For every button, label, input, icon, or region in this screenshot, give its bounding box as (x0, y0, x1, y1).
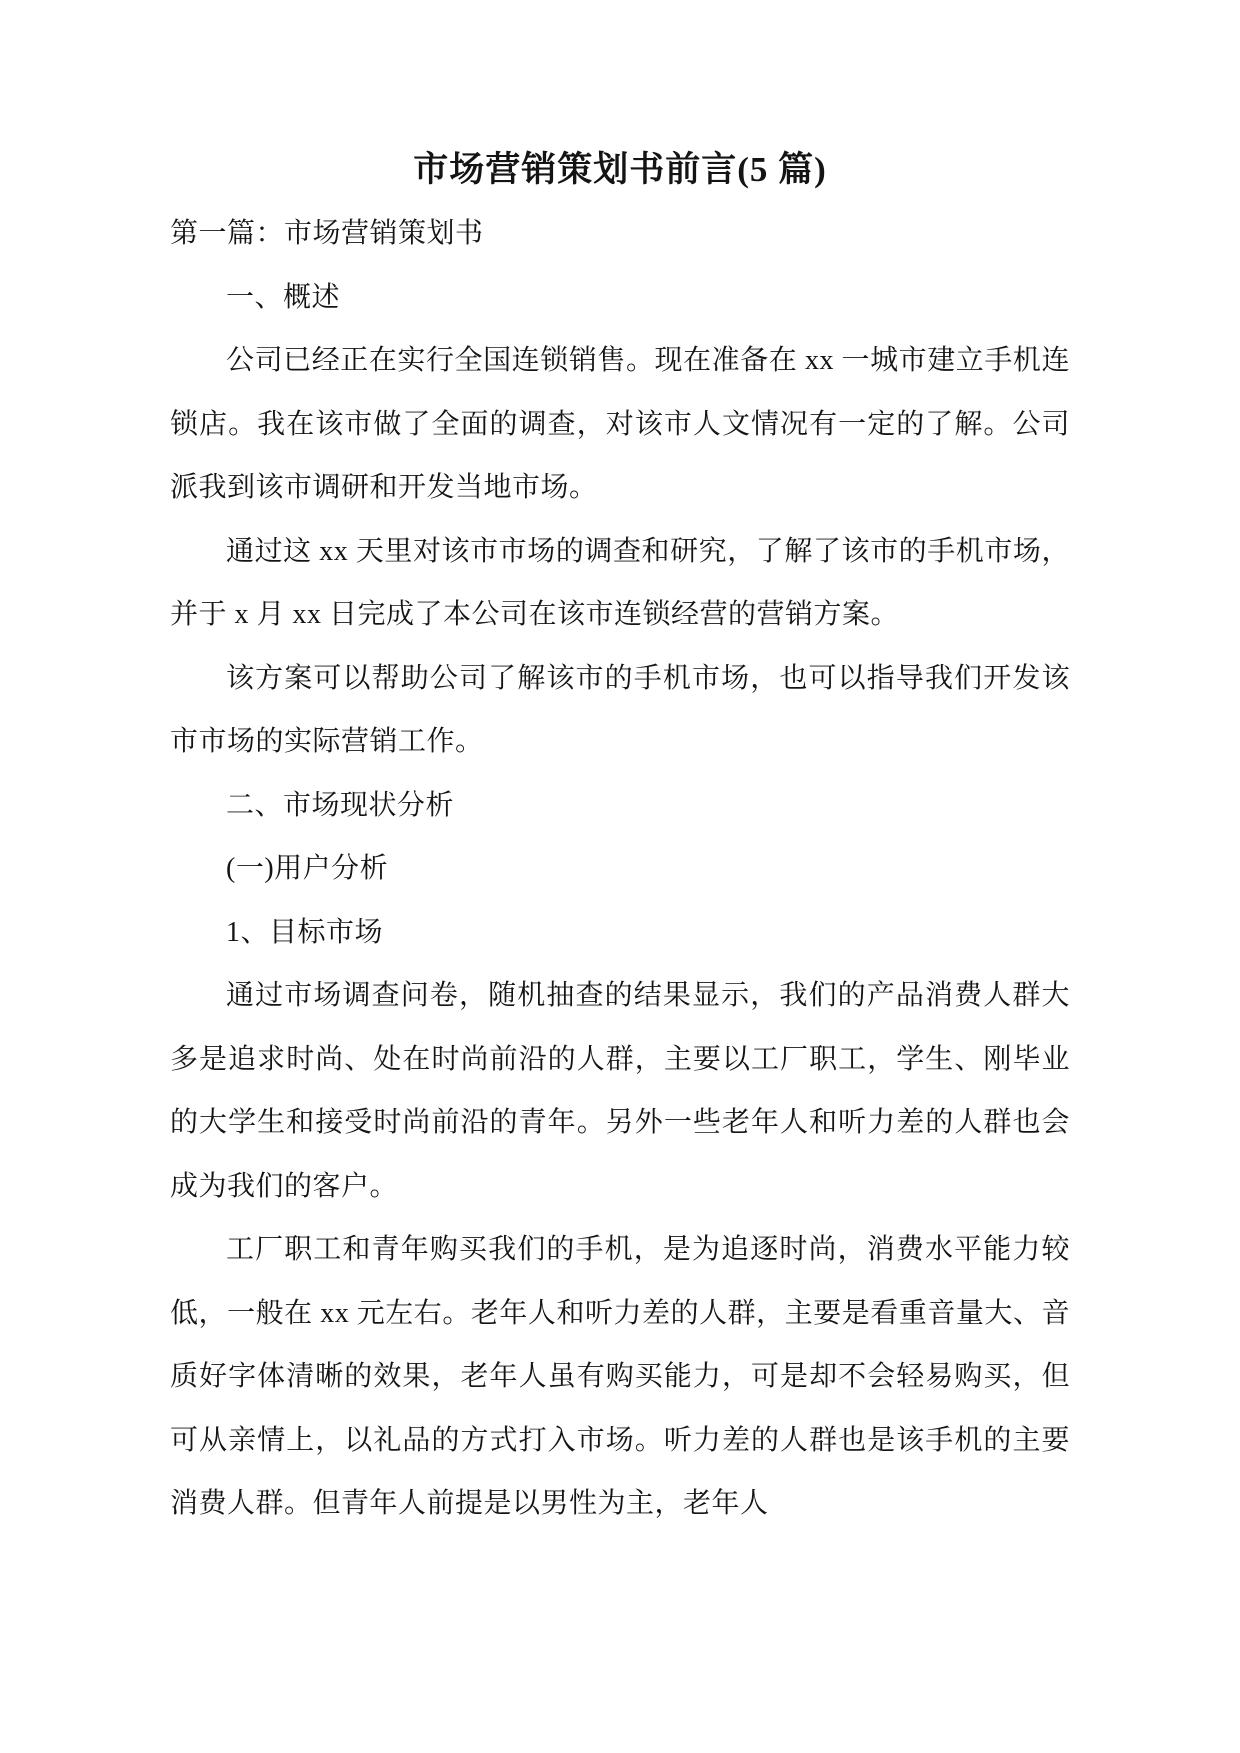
paragraph: 1、目标市场 (170, 901, 1070, 965)
paragraph: 通过市场调查问卷，随机抽查的结果显示，我们的产品消费人群大多是追求时尚、处在时尚… (170, 964, 1070, 1218)
document-page: 市场营销策划书前言(5 篇) 第一篇：市场营销策划书一、概述公司已经正在实行全国… (0, 0, 1240, 1753)
paragraph: 该方案可以帮助公司了解该市的手机市场，也可以指导我们开发该市市场的实际营销工作。 (170, 647, 1070, 774)
paragraph: 通过这 xx 天里对该市市场的调查和研究，了解了该市的手机市场，并于 x 月 x… (170, 520, 1070, 647)
paragraph: 第一篇：市场营销策划书 (170, 202, 1070, 266)
paragraph: (一)用户分析 (170, 837, 1070, 901)
paragraph: 一、概述 (170, 266, 1070, 330)
paragraph: 公司已经正在实行全国连锁销售。现在准备在 xx 一城市建立手机连锁店。我在该市做… (170, 329, 1070, 520)
document-title: 市场营销策划书前言(5 篇) (170, 138, 1070, 202)
document-body: 第一篇：市场营销策划书一、概述公司已经正在实行全国连锁销售。现在准备在 xx 一… (170, 202, 1070, 1536)
paragraph: 工厂职工和青年购买我们的手机，是为追逐时尚，消费水平能力较低，一般在 xx 元左… (170, 1218, 1070, 1536)
paragraph: 二、市场现状分析 (170, 774, 1070, 838)
